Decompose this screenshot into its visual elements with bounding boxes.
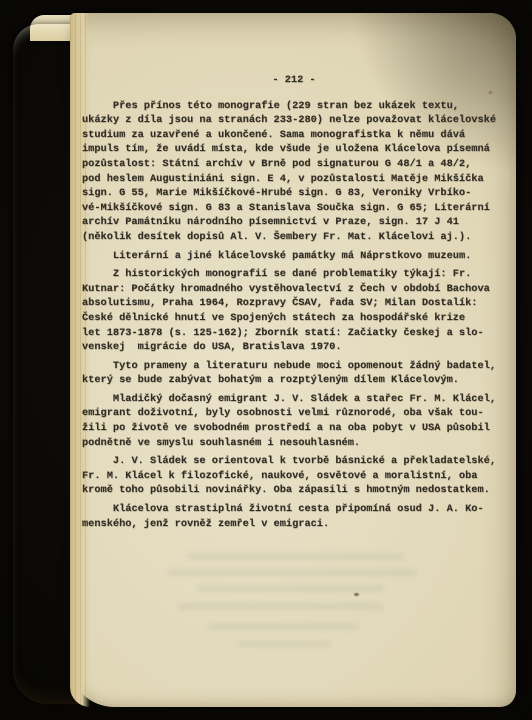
paragraph: Z historických monografií se dané proble… [82, 267, 506, 355]
page-number: - 212 - [82, 73, 506, 88]
paragraph: Mladičký dočasný emigrant J. V. Sládek a… [82, 392, 506, 450]
ink-speck [354, 593, 359, 596]
photo-background: - 212 - Přes přínos této monografie (229… [0, 0, 532, 720]
paragraph: J. V. Sládek se orientoval k tvorbě básn… [82, 454, 506, 498]
paragraph: Přes přínos této monografie (229 stran b… [82, 99, 506, 245]
typewritten-text-block: - 212 - Přes přínos této monografie (229… [82, 73, 506, 535]
paragraph: Klácelova strastiplná životní cesta přip… [82, 502, 506, 531]
paragraph: Literární a jiné klácelovské památky má … [82, 249, 506, 264]
paragraph: Tyto prameny a literaturu nebude moci op… [82, 359, 506, 388]
book-page: - 212 - Přes přínos této monografie (229… [70, 13, 516, 707]
